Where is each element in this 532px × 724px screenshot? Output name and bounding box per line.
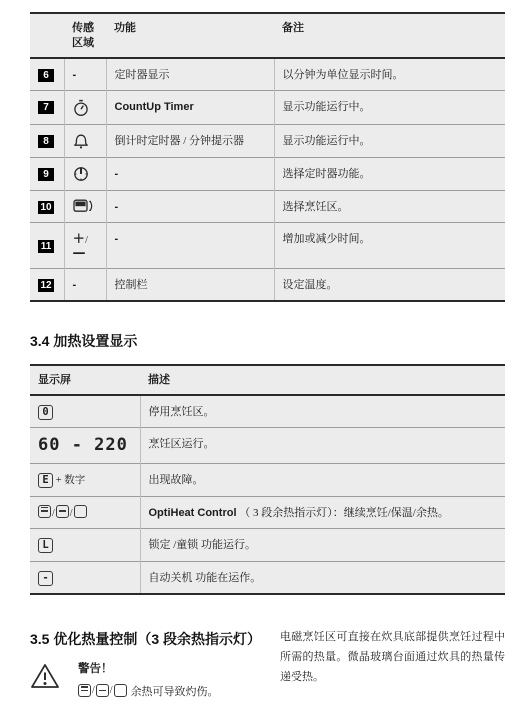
display-error-glyph: E xyxy=(38,473,53,488)
function-cell: 控制栏 xyxy=(106,268,274,301)
function-cell: 定时器显示 xyxy=(106,58,274,91)
table-row: 7 CountUp Timer 显示功能运行中。 xyxy=(30,91,505,125)
description-cell: 烹饪区运行。 xyxy=(140,428,505,464)
remark-cell: 显示功能运行中。 xyxy=(274,125,505,158)
remark-cell: 选择定时器功能。 xyxy=(274,158,505,191)
function-none: - xyxy=(115,201,119,213)
row-number-badge: 7 xyxy=(38,101,54,114)
countup-timer-icon xyxy=(73,99,100,117)
header-sensor-area: 传感 区域 xyxy=(64,13,106,58)
section-optiheat-title: 3.5 优化热量控制（3 段余热指示灯） xyxy=(30,628,268,650)
plus-minus-icon: +/ — xyxy=(73,231,100,260)
residual-heat-mid-icon xyxy=(56,505,69,518)
sensor-none: - xyxy=(73,69,77,81)
table-row: 6 - 定时器显示 以分钟为单位显示时间。 xyxy=(30,58,505,91)
minute-minder-bell-icon xyxy=(73,133,100,150)
table-row: 8 倒计时定时器 / 分钟提示器 显示功能运行中。 xyxy=(30,125,505,158)
controls-table: 传感 区域 功能 备注 6 - 定时器显示 以分钟为单位显示时间。 7 xyxy=(30,12,505,302)
residual-heat-high-icon xyxy=(78,684,91,697)
row-number-badge: 12 xyxy=(38,279,54,292)
remark-cell: 增加或减少时间。 xyxy=(274,223,505,268)
row-number-badge: 11 xyxy=(38,240,54,253)
remark-cell: 以分钟为单位显示时间。 xyxy=(274,58,505,91)
header-description: 描述 xyxy=(140,365,505,395)
optiheat-description: 电磁烹饪区可直接在炊具底部提供烹饪过程中所需的热量。微晶玻璃台面通过炊具的热量传… xyxy=(268,628,505,698)
optiheat-left-column: 3.5 优化热量控制（3 段余热指示灯） 警告！ // 余热可导致灼伤。 xyxy=(30,628,268,698)
display-zero-glyph: 0 xyxy=(38,405,53,420)
table-row: 10 - 选择烹饪区。 xyxy=(30,190,505,223)
row-number-badge: 8 xyxy=(38,135,54,148)
optiheat-label: OptiHeat Control xyxy=(149,507,237,519)
warning-text: 余热可导致灼伤。 xyxy=(131,683,219,699)
remark-cell: 设定温度。 xyxy=(274,268,505,301)
warning-block: 警告！ // 余热可导致灼伤。 xyxy=(30,660,268,699)
row-number-badge: 10 xyxy=(38,201,54,214)
warning-triangle-icon xyxy=(30,660,78,699)
row-number-badge: 6 xyxy=(38,69,54,82)
cooking-zone-display-icon xyxy=(73,199,100,213)
display-autooff-glyph: - xyxy=(38,571,53,586)
function-none: - xyxy=(115,168,119,180)
section-heat-title: 3.4 加热设置显示 xyxy=(30,331,505,351)
table-row: 0 停用烹饪区。 xyxy=(30,395,505,428)
function-none: - xyxy=(115,233,119,245)
warning-line: // 余热可导致灼伤。 xyxy=(78,683,219,699)
table-row: 11 +/ — - 增加或减少时间。 xyxy=(30,223,505,268)
header-remark: 备注 xyxy=(274,13,505,58)
header-display: 显示屏 xyxy=(30,365,140,395)
table-row: 9 - 选择定时器功能。 xyxy=(30,158,505,191)
display-lock-glyph: L xyxy=(38,538,53,553)
display-range-glyph: 60 - 220 xyxy=(38,435,128,455)
residual-heat-high-icon xyxy=(38,505,51,518)
function-cell: CountUp Timer xyxy=(106,91,274,125)
header-function: 功能 xyxy=(106,13,274,58)
remark-cell: 选择烹饪区。 xyxy=(274,190,505,223)
table-row: 60 - 220 烹饪区运行。 xyxy=(30,428,505,464)
table-row: 12 - 控制栏 设定温度。 xyxy=(30,268,505,301)
timer-clock-icon xyxy=(73,166,100,182)
controls-table-header: 传感 区域 功能 备注 xyxy=(30,13,505,58)
description-cell: 自动关机 功能在运作。 xyxy=(140,561,505,594)
optiheat-section: 3.5 优化热量控制（3 段余热指示灯） 警告！ // 余热可导致灼伤。 xyxy=(30,628,505,698)
description-cell: 停用烹饪区。 xyxy=(140,395,505,428)
table-row: // OptiHeat Control （ 3 段余热指示灯）：继续烹饪/保温/… xyxy=(30,496,505,529)
function-cell: 倒计时定时器 / 分钟提示器 xyxy=(106,125,274,158)
description-cell: 锁定 /童锁 功能运行。 xyxy=(140,529,505,562)
description-cell: OptiHeat Control （ 3 段余热指示灯）：继续烹饪/保温/余热。 xyxy=(140,496,505,529)
sensor-none: - xyxy=(73,279,77,291)
heat-table-header: 显示屏 描述 xyxy=(30,365,505,395)
warning-title: 警告！ xyxy=(78,660,219,676)
residual-heat-mid-icon xyxy=(96,684,109,697)
row-number-badge: 9 xyxy=(38,168,54,181)
table-row: - 自动关机 功能在运作。 xyxy=(30,561,505,594)
table-row: L 锁定 /童锁 功能运行。 xyxy=(30,529,505,562)
heat-display-table: 显示屏 描述 0 停用烹饪区。 60 - 220 烹饪区运行。 E + 数字 出… xyxy=(30,364,505,595)
header-spacer xyxy=(30,13,64,58)
warning-content: 警告！ // 余热可导致灼伤。 xyxy=(78,660,219,699)
residual-heat-low-icon xyxy=(114,684,127,697)
manual-page: 传感 区域 功能 备注 6 - 定时器显示 以分钟为单位显示时间。 7 xyxy=(0,0,532,699)
table-row: E + 数字 出现故障。 xyxy=(30,463,505,496)
residual-heat-low-icon xyxy=(74,505,87,518)
remark-cell: 显示功能运行中。 xyxy=(274,91,505,125)
description-cell: 出现故障。 xyxy=(140,463,505,496)
display-error-suffix: + 数字 xyxy=(56,475,86,486)
